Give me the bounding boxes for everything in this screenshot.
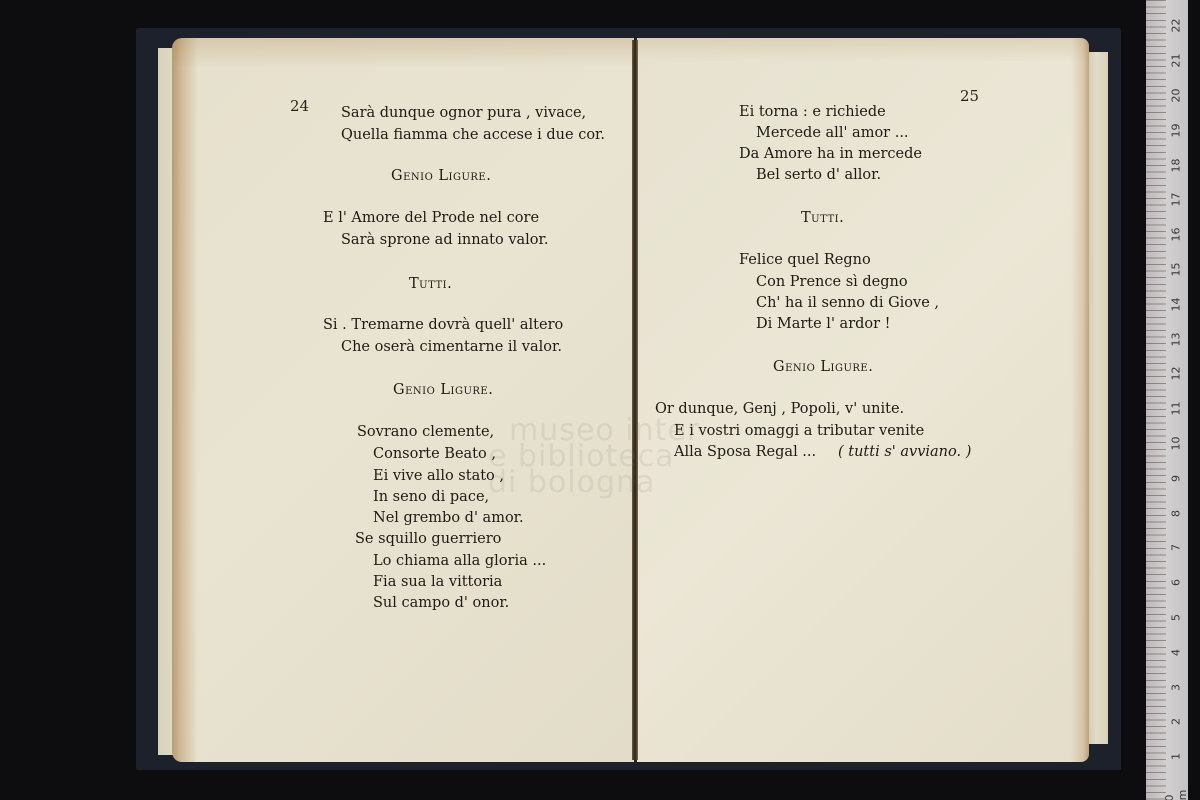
verse-line: Sarà sprone ad innato valor. [341,230,549,250]
ruler-label: 10 [1170,434,1183,454]
verse-line: Lo chiama alla gloria ... [373,551,546,571]
verse-line: Nel grembo d' amor. [373,508,524,528]
verse-line: Or dunque, Genj , Popoli, v' unite. [655,399,904,419]
ruler-label: 5 [1170,608,1183,628]
speaker-heading: Tutti. [409,274,452,294]
page-number-right: 25 [960,86,979,106]
ruler-label: 14 [1170,294,1183,314]
verse-line: Da Amore ha in mercede [739,144,922,164]
speaker-heading: Genio Ligure. [393,380,493,400]
ruler-label: 18 [1170,155,1183,175]
verse-line: E i vostri omaggi a tributar venite [674,421,924,441]
speaker-heading: Tutti. [801,208,844,228]
ruler-label: 0 cm [1163,788,1189,800]
verse-line: Quella fiamma che accese i due cor. [341,125,605,145]
left-page [172,38,634,762]
ruler-label: 8 [1170,503,1183,523]
page-number-left: 24 [290,96,309,116]
verse-line: E l' Amore del Prode nel core [323,208,539,228]
ruler-label: 19 [1170,120,1183,140]
stage-direction: ( tutti s' avviano. ) [838,442,971,462]
verse-line: Di Marte l' ardor ! [756,314,891,334]
verse-line: Sarà dunque ognor pura , vivace, [341,103,586,123]
ruler-label: 13 [1170,329,1183,349]
ruler-label: 11 [1170,399,1183,419]
verse-line: Si . Tremarne dovrà quell' altero [323,315,563,335]
book-gutter [632,40,638,760]
verse-line: Felice quel Regno [739,250,871,270]
ruler-label: 4 [1170,642,1183,662]
ruler-label: 12 [1170,364,1183,384]
ruler-label: 16 [1170,225,1183,245]
bleed-through-watermark: museo inter e biblioteca di bologna [488,418,700,496]
verse-line: Bel serto d' allor. [756,165,881,185]
verse-line: Ch' ha il senno di Giove , [756,293,939,313]
ruler-label: 9 [1170,468,1183,488]
verse-line: Ei vive allo stato , [373,466,504,486]
verse-line: In seno di pace, [373,487,489,507]
verse-line: Ei torna : e richiede [739,102,886,122]
verse-line: Se squillo guerriero [355,529,501,549]
verse-line: Fia sua la vittoria [373,572,502,592]
verse-line: Sul campo d' onor. [373,593,509,613]
verse-line: Alla Sposa Regal ... [674,442,816,462]
ruler-label: 3 [1170,677,1183,697]
ruler-label: 2 [1170,712,1183,732]
measuring-ruler: 0 cm12345678910111213141516171819202122 [1146,0,1188,800]
verse-line: Mercede all' amor ... [756,123,909,143]
ruler-label: 17 [1170,190,1183,210]
ruler-label: 7 [1170,538,1183,558]
verse-line: Con Prence sì degno [756,272,908,292]
ruler-label: 22 [1170,16,1183,36]
verse-line: Consorte Beato , [373,444,496,464]
ruler-label: 6 [1170,573,1183,593]
verse-line: Sovrano clemente, [357,422,494,442]
ruler-label: 21 [1170,51,1183,71]
ruler-label: 15 [1170,260,1183,280]
ruler-ticks [1146,0,1166,800]
speaker-heading: Genio Ligure. [773,357,873,377]
ruler-label: 20 [1170,86,1183,106]
verse-line: Che oserà cimentarne il valor. [341,337,562,357]
speaker-heading: Genio Ligure. [391,166,491,186]
ruler-label: 1 [1170,747,1183,767]
